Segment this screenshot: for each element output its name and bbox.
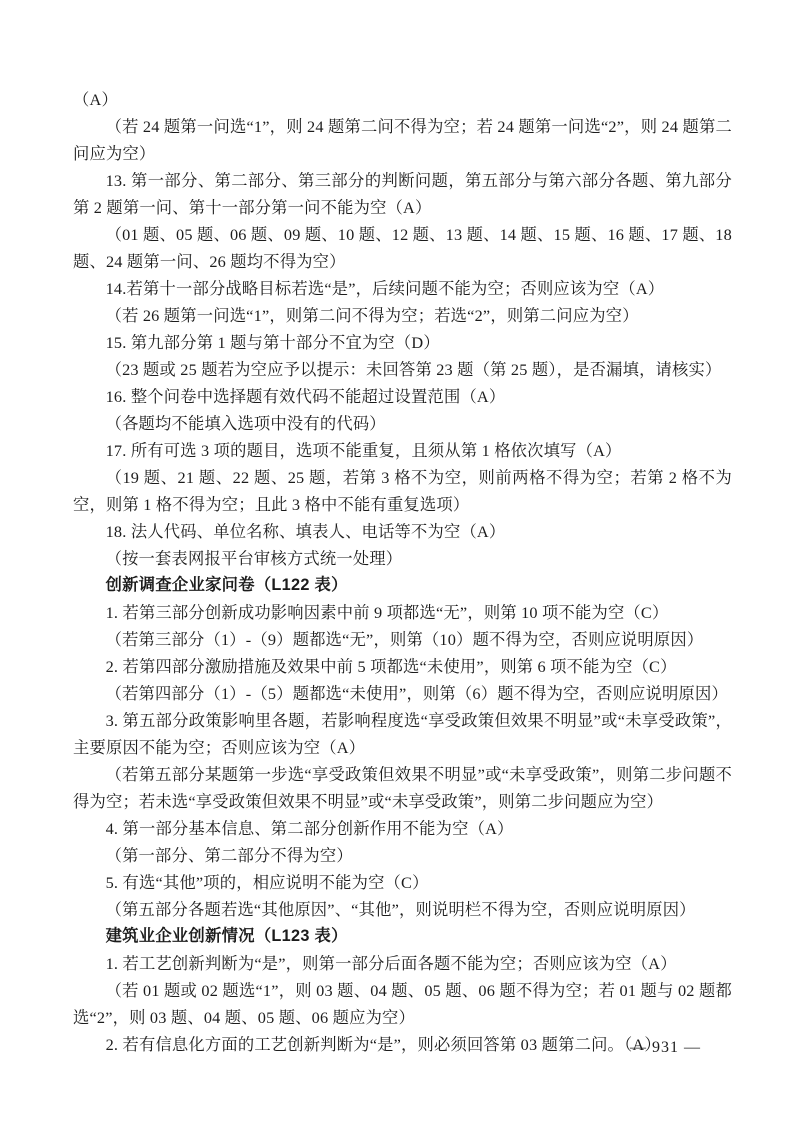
paragraph: （若第四部分（1）-（5）题都选“未使用”，则第（6）题不得为空，否则应说明原因… (73, 680, 732, 707)
paragraph: 14.若第十一部分战略目标若选“是”，后续问题不能为空；否则应该为空（A） (73, 275, 732, 302)
paragraph: 13. 第一部分、第二部分、第三部分的判断问题，第五部分与第六部分各题、第九部分… (73, 167, 732, 221)
paragraph: （若 24 题第一问选“1”，则 24 题第二问不得为空；若 24 题第一问选“… (73, 113, 732, 167)
paragraph: 5. 有选“其他”项的，相应说明不能为空（C） (73, 869, 732, 896)
paragraph: 2. 若第四部分激励措施及效果中前 5 项都选“未使用”，则第 6 项不能为空（… (73, 653, 732, 680)
paragraph: 15. 第九部分第 1 题与第十部分不宜为空（D） (73, 329, 732, 356)
paragraph: （23 题或 25 题若为空应予以提示：未回答第 23 题（第 25 题），是否… (73, 356, 732, 383)
page-footer: — 931 — (630, 1038, 701, 1058)
paragraph: 18. 法人代码、单位名称、填表人、电话等不为空（A） (73, 518, 732, 545)
document-page: （A）（若 24 题第一问选“1”，则 24 题第二问不得为空；若 24 题第一… (0, 0, 793, 1122)
document-content: （A）（若 24 题第一问选“1”，则 24 题第二问不得为空；若 24 题第一… (73, 86, 732, 1058)
paragraph: （若第三部分（1）-（9）题都选“无”，则第（10）题不得为空，否则应说明原因） (73, 626, 732, 653)
paragraph: 17. 所有可选 3 项的题目，选项不能重复，且须从第 1 格依次填写（A） (73, 437, 732, 464)
paragraph: （各题均不能填入选项中没有的代码） (73, 410, 732, 437)
paragraph: （19 题、21 题、22 题、25 题，若第 3 格不为空，则前两格不得为空；… (73, 464, 732, 518)
paragraph: （若 26 题第一问选“1”，则第二问不得为空；若选“2”，则第二问应为空） (73, 302, 732, 329)
page-number: — 931 — (630, 1039, 701, 1056)
paragraph: （01 题、05 题、06 题、09 题、10 题、12 题、13 题、14 题… (73, 221, 732, 275)
paragraph: （第一部分、第二部分不得为空） (73, 842, 732, 869)
paragraph: （A） (73, 86, 732, 113)
paragraph: 1. 若工艺创新判断为“是”，则第一部分后面各题不能为空；否则应该为空（A） (73, 950, 732, 977)
paragraph: 3. 第五部分政策影响里各题，若影响程度选“享受政策但效果不明显”或“未享受政策… (73, 707, 732, 761)
section-heading: 建筑业企业创新情况（L123 表） (73, 923, 732, 950)
paragraph: 16. 整个问卷中选择题有效代码不能超过设置范围（A） (73, 383, 732, 410)
paragraph: 1. 若第三部分创新成功影响因素中前 9 项都选“无”，则第 10 项不能为空（… (73, 599, 732, 626)
paragraph: （若 01 题或 02 题选“1”，则 03 题、04 题、05 题、06 题不… (73, 977, 732, 1031)
paragraph: 4. 第一部分基本信息、第二部分创新作用不能为空（A） (73, 815, 732, 842)
section-heading: 创新调查企业家问卷（L122 表） (73, 572, 732, 599)
paragraph: （按一套表网报平台审核方式统一处理） (73, 545, 732, 572)
paragraph: （第五部分各题若选“其他原因”、“其他”，则说明栏不得为空，否则应说明原因） (73, 896, 732, 923)
paragraph: （若第五部分某题第一步选“享受政策但效果不明显”或“未享受政策”，则第二步问题不… (73, 761, 732, 815)
